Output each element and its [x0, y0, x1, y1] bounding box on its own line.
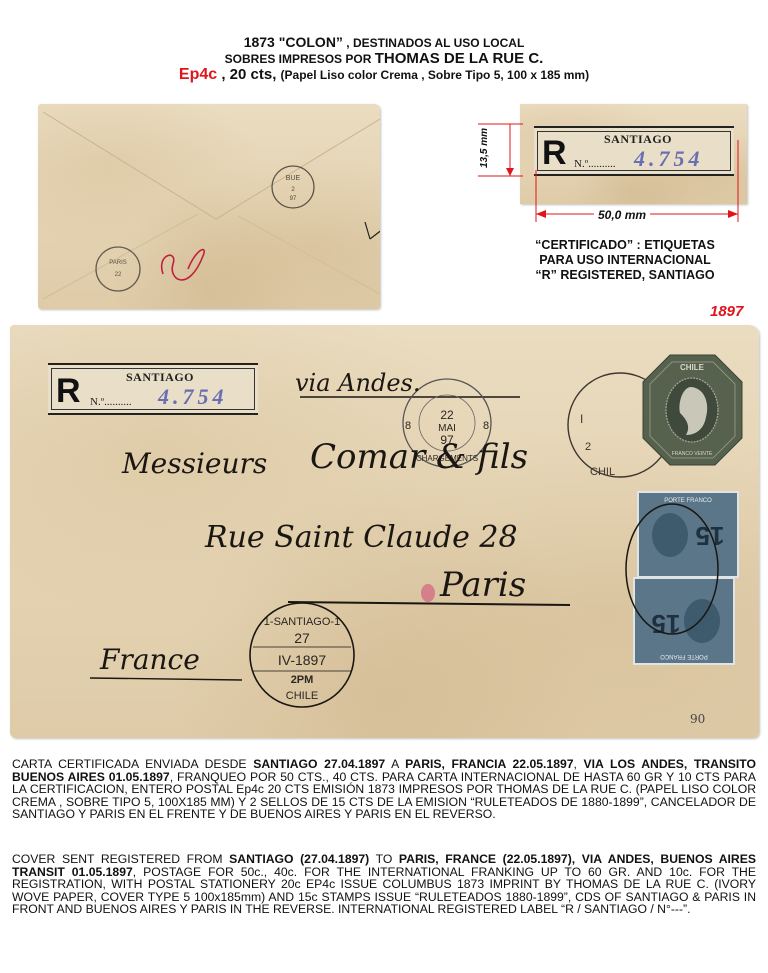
chile-indicium: CHILE FRANCO VEINTE	[643, 355, 742, 465]
paper-detail: (Papel Liso color Crema , Sobre Tipo 5, …	[281, 68, 590, 82]
svg-text:IV-1897: IV-1897	[278, 652, 326, 668]
pencil-mark	[365, 222, 380, 239]
label-note-line-1: “CERTIFICADO” : ETIQUETAS	[470, 238, 768, 253]
stamp-pair: 15 15 PORTE FRANCO PORTE FRANCO	[626, 492, 738, 664]
svg-text:FRANCO VEINTE: FRANCO VEINTE	[672, 451, 713, 457]
pencil-note: 90	[690, 712, 705, 726]
title-line-1: 1873 "COLON” , DESTINADOS AL USO LOCAL	[0, 34, 768, 50]
label-note-line-2: PARA USO INTERNACIONAL	[470, 253, 768, 268]
address-recipient: Comar & fils	[310, 437, 528, 477]
address-street: Rue Saint Claude 28	[205, 520, 518, 555]
svg-text:PORTE FRANCO: PORTE FRANCO	[664, 498, 712, 504]
width-dimension: 50,0 mm	[594, 208, 650, 222]
title-rest: , DESTINADOS AL USO LOCAL	[343, 36, 524, 50]
svg-text:CHIL: CHIL	[590, 466, 615, 478]
address-city: Paris	[440, 565, 526, 605]
title-main: 1873 "COLON”	[244, 34, 343, 50]
svg-text:22: 22	[115, 272, 122, 278]
title-line-2: SOBRES IMPRESOS POR THOMAS DE LA RUE C.	[0, 50, 768, 67]
svg-text:CHILE: CHILE	[286, 690, 318, 702]
svg-text:15: 15	[696, 521, 725, 551]
red-crayon-mark	[162, 250, 205, 280]
title-line-3: Ep4c , 20 cts, (Papel Liso color Crema ,…	[0, 66, 768, 84]
catalog-code: Ep4c	[179, 66, 217, 83]
svg-text:CHILE: CHILE	[680, 363, 705, 372]
description-spanish: CARTA CERTIFICADA ENVIADA DESDE SANTIAGO…	[12, 758, 756, 821]
address-country: France	[100, 643, 200, 676]
svg-text:2PM: 2PM	[291, 674, 314, 686]
santiago-postmark: 1-SANTIAGO-1 27 IV-1897 2PM CHILE	[250, 603, 354, 707]
description-english: COVER SENT REGISTERED FROM SANTIAGO (27.…	[12, 853, 756, 916]
svg-text:8: 8	[405, 420, 411, 432]
svg-text:27: 27	[294, 630, 310, 646]
address-salutation: Messieurs	[122, 447, 267, 480]
year-badge: 1897	[710, 303, 743, 320]
svg-text:I: I	[580, 412, 583, 426]
label-note-line-3: “R” REGISTERED, SANTIAGO	[470, 268, 768, 283]
svg-text:1-SANTIAGO-1: 1-SANTIAGO-1	[264, 616, 340, 628]
svg-text:2: 2	[585, 441, 591, 453]
label-note: “CERTIFICADO” : ETIQUETAS PARA USO INTER…	[470, 238, 768, 283]
height-dimension: 13,5 mm	[479, 128, 490, 168]
route-handwriting: via Andes.	[295, 369, 420, 397]
svg-text:8: 8	[483, 420, 489, 432]
svg-text:PARIS: PARIS	[109, 260, 127, 266]
svg-text:22: 22	[440, 408, 454, 422]
face-value: , 20 cts,	[217, 66, 280, 83]
subtitle-printer: THOMAS DE LA RUE C.	[375, 50, 544, 67]
paris-back-postmark: PARIS 22	[96, 247, 140, 291]
svg-text:PORTE FRANCO: PORTE FRANCO	[660, 653, 708, 659]
svg-text:BUE: BUE	[286, 175, 301, 182]
svg-text:97: 97	[290, 196, 297, 202]
subtitle-small: SOBRES IMPRESOS POR	[225, 52, 375, 66]
svg-text:2: 2	[291, 187, 295, 193]
cover-front-image: R SANTIAGO N.º.......... 4.754 22 MAI 97…	[10, 325, 759, 738]
envelope-flaps: BUE 2 97 PARIS 22	[38, 104, 380, 309]
cover-back-image: BUE 2 97 PARIS 22	[38, 104, 380, 309]
